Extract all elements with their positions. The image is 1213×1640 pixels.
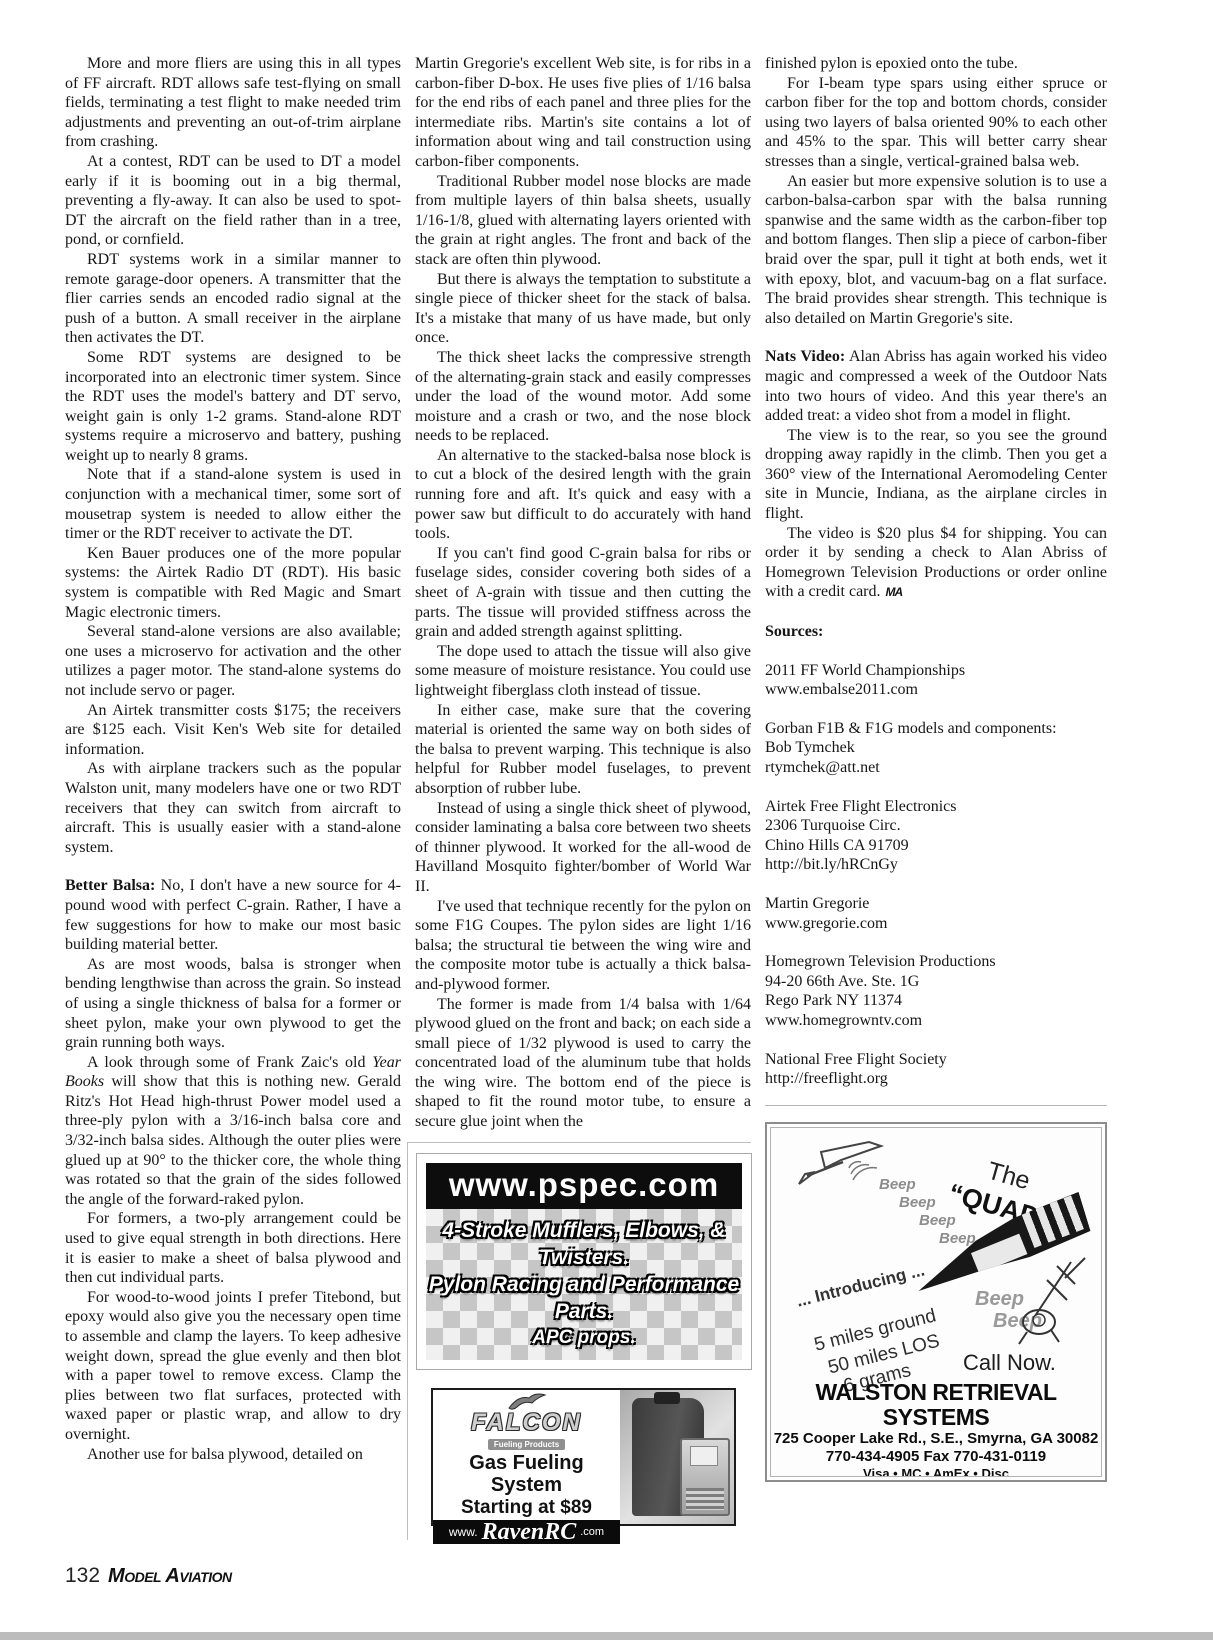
ravenrc-url-prefix: www. (449, 1525, 478, 1539)
column-right: finished pylon is epoxied onto the tube.… (765, 54, 1107, 1540)
paragraph-better-balsa: Better Balsa: No, I don't have a new sou… (65, 876, 401, 954)
ravenrc-url-suffix: .com (580, 1526, 604, 1538)
source-entry: 2011 FF World Championships www.embalse2… (765, 661, 1107, 700)
page-number: 132 (65, 1564, 100, 1588)
paragraph-text: will show that this is nothing new. Gera… (65, 1073, 401, 1208)
paragraph: finished pylon is epoxied onto the tube. (765, 54, 1107, 74)
source-line: Rego Park NY 11374 (765, 991, 1107, 1011)
paragraph: Another use for balsa plywood, detailed … (65, 1445, 401, 1465)
paragraph: For wood-to-wood joints I prefer Titebon… (65, 1288, 401, 1445)
source-url: http://freeflight.org (765, 1069, 1107, 1089)
paragraph-nats-video: Nats Video: Alan Abriss has again worked… (765, 347, 1107, 425)
beep-text: Beep (919, 1212, 956, 1229)
source-entry: Gorban F1B & F1G models and components: … (765, 719, 1107, 778)
paragraph: But there is always the temptation to su… (415, 270, 751, 348)
paragraph: Several stand-alone versions are also av… (65, 622, 401, 700)
paragraph: Note that if a stand-alone system is use… (65, 465, 401, 543)
source-url: www.gregorie.com (765, 914, 1107, 934)
source-entry: Homegrown Television Productions 94-20 6… (765, 952, 1107, 1030)
paragraph: At a contest, RDT can be used to DT a mo… (65, 152, 401, 250)
fuel-jug-cap-image (654, 1392, 680, 1404)
ravenrc-url-name: RavenRC (482, 1520, 577, 1544)
paragraph: Ken Bauer produces one of the more popul… (65, 544, 401, 622)
column-middle: Martin Gregorie's excellent Web site, is… (415, 54, 751, 1540)
introducing-text: ... Introducing ... (795, 1260, 927, 1311)
source-line: Bob Tymchek (765, 738, 1107, 758)
beep-text: Beep (879, 1176, 916, 1193)
paragraph: A look through some of Frank Zaic's old … (65, 1053, 401, 1210)
source-line: Homegrown Television Productions (765, 952, 1107, 972)
paragraph: An Airtek transmitter costs $175; the re… (65, 701, 401, 760)
paragraph: The view is to the rear, so you see the … (765, 426, 1107, 524)
paragraph: For formers, a two-ply arrangement could… (65, 1209, 401, 1287)
source-entry: Martin Gregorie www.gregorie.com (765, 894, 1107, 933)
paragraph: As are most woods, balsa is stronger whe… (65, 955, 401, 1053)
falcon-brand-text: FALCON (433, 1412, 620, 1434)
walston-ad-inner: Beep Beep Beep Beep The “QUAD” ... Intro… (770, 1127, 1102, 1477)
source-line: Chino Hills CA 91709 (765, 836, 1107, 856)
source-line: 2011 FF World Championships (765, 661, 1107, 681)
paragraph: As with airplane trackers such as the po… (65, 759, 401, 857)
walston-payment-methods: Visa • MC • AmEx • Disc (771, 1466, 1101, 1477)
magazine-logo: Model Aviation (108, 1565, 232, 1588)
source-line: Airtek Free Flight Electronics (765, 797, 1107, 817)
page-footer: 132 Model Aviation (65, 1564, 232, 1588)
pspec-ad-graphic: www.pspec.com 4-Stroke Mufflers, Elbows,… (426, 1163, 742, 1360)
call-now-text: Call Now. (963, 1350, 1056, 1376)
source-url: http://bit.ly/hRCnGy (765, 855, 1107, 875)
source-line: 94-20 66th Ave. Ste. 1G (765, 972, 1107, 992)
paragraph: Martin Gregorie's excellent Web site, is… (415, 54, 751, 172)
paragraph: Traditional Rubber model nose blocks are… (415, 172, 751, 270)
pspec-ad: www.pspec.com 4-Stroke Mufflers, Elbows,… (416, 1153, 752, 1370)
source-line: Martin Gregorie (765, 894, 1107, 914)
source-url: www.homegrowntv.com (765, 1011, 1107, 1031)
walston-ad: Beep Beep Beep Beep The “QUAD” ... Intro… (765, 1122, 1107, 1482)
falcon-sub-text: Fueling Products (488, 1439, 565, 1450)
falcon-price-line: Starting at $89 (433, 1496, 620, 1520)
source-entry: National Free Flight Society http://free… (765, 1050, 1107, 1089)
pspec-checkered-background: 4-Stroke Mufflers, Elbows, & Twisters. P… (426, 1209, 742, 1360)
section-lead: Better Balsa: (65, 877, 155, 894)
pspec-line2: Pylon Racing and Performance Parts. (428, 1271, 740, 1325)
paragraph: An alternative to the stacked-balsa nose… (415, 446, 751, 544)
source-email: rtymchek@att.net (765, 758, 1107, 778)
source-line: 2306 Turquoise Circ. (765, 816, 1107, 836)
walston-address: 725 Cooper Lake Rd., S.E., Smyrna, GA 30… (771, 1430, 1101, 1448)
falcon-ad: FALCON Fueling Products Gas Fueling Syst… (431, 1388, 736, 1526)
walston-company-name: WALSTON RETRIEVAL SYSTEMS (771, 1380, 1101, 1430)
falcon-ad-left: FALCON Fueling Products Gas Fueling Syst… (433, 1390, 620, 1524)
ravenrc-url-bar: www. RavenRC .com (433, 1520, 620, 1544)
fuel-pump-image (680, 1438, 730, 1516)
magazine-page: More and more fliers are using this in a… (0, 0, 1213, 1640)
paragraph: If you can't find good C-grain balsa for… (415, 544, 751, 642)
paragraph: Instead of using a single thick sheet of… (415, 799, 751, 897)
column-left: More and more fliers are using this in a… (65, 54, 401, 1540)
beep-text: Beep (939, 1230, 976, 1247)
paragraph-text: The video is $20 plus $4 for shipping. Y… (765, 525, 1107, 601)
right-ad-region: Beep Beep Beep Beep The “QUAD” ... Intro… (765, 1105, 1107, 1482)
antenna-receiver-icon (1005, 1256, 1097, 1348)
fuel-pump-grill (686, 1488, 724, 1510)
pspec-line3: APC props. (428, 1325, 740, 1350)
walston-phone: 770-434-4905 Fax 770-431-0119 (771, 1448, 1101, 1466)
paragraph: An easier but more expensive solution is… (765, 172, 1107, 329)
pspec-url: www.pspec.com (426, 1163, 742, 1209)
sources-heading: Sources: (765, 622, 1107, 642)
paragraph: The thick sheet lacks the compressive st… (415, 348, 751, 446)
paragraph: The video is $20 plus $4 for shipping. Y… (765, 524, 1107, 603)
paragraph: The dope used to attach the tissue will … (415, 642, 751, 701)
paragraph: RDT systems work in a similar manner to … (65, 250, 401, 348)
pspec-line1: 4-Stroke Mufflers, Elbows, & Twisters. (428, 1217, 740, 1271)
paragraph-text: A look through some of Frank Zaic's old (87, 1054, 372, 1071)
paragraph: For I-beam type spars using either spruc… (765, 74, 1107, 172)
paragraph: Some RDT systems are designed to be inco… (65, 348, 401, 466)
paragraph: More and more fliers are using this in a… (65, 54, 401, 152)
paragraph: I've used that technique recently for th… (415, 897, 751, 995)
page-edge-shadow (0, 1632, 1213, 1640)
middle-ads-region: www.pspec.com 4-Stroke Mufflers, Elbows,… (407, 1142, 751, 1540)
falcon-product-line: Gas Fueling System (433, 1452, 620, 1496)
source-entry: Airtek Free Flight Electronics 2306 Turq… (765, 797, 1107, 875)
end-of-article-mark: MA (886, 585, 903, 599)
paragraph: The former is made from 1/4 balsa with 1… (415, 995, 751, 1132)
falcon-product-photo (620, 1390, 734, 1524)
source-line: Gorban F1B & F1G models and components: (765, 719, 1107, 739)
source-line: National Free Flight Society (765, 1050, 1107, 1070)
beep-text: Beep (899, 1194, 936, 1211)
source-url: www.embalse2011.com (765, 680, 1107, 700)
article-body: More and more fliers are using this in a… (65, 54, 1107, 1540)
section-lead: Nats Video: (765, 348, 845, 365)
walston-contact-block: WALSTON RETRIEVAL SYSTEMS 725 Cooper Lak… (771, 1380, 1101, 1477)
fuel-pump-label (690, 1446, 718, 1466)
paragraph: In either case, make sure that the cover… (415, 701, 751, 799)
falcon-logo: FALCON Fueling Products Gas Fueling Syst… (433, 1390, 620, 1520)
